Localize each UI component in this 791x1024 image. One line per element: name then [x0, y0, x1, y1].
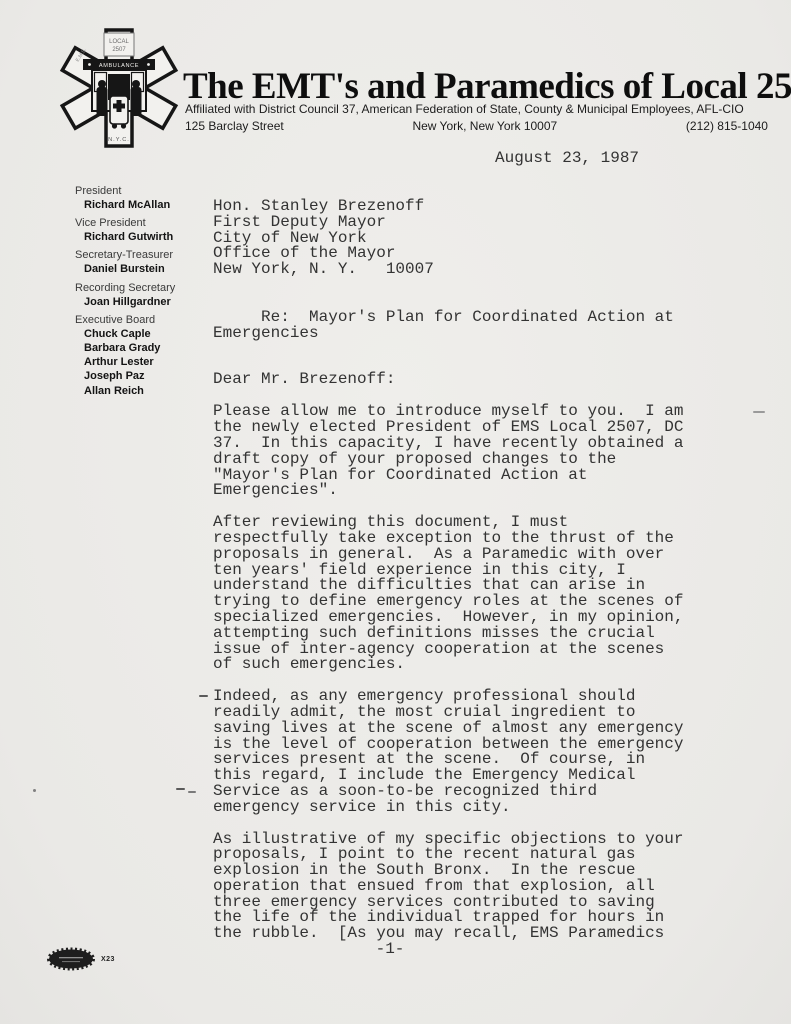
union-bug-icon [46, 946, 98, 972]
page-number: -1- [360, 942, 420, 958]
officer-role: Secretary-Treasurer [75, 248, 215, 262]
letter-date: August 23, 1987 [495, 151, 639, 167]
union-printing-bug: X23 [46, 946, 115, 972]
officer-group-vice-president: Vice President Richard Gutwirth [75, 216, 215, 244]
pencil-dash-service-2 [188, 791, 196, 793]
paragraph-4: As illustrative of my specific objection… [213, 832, 753, 943]
officer-role: President [75, 184, 215, 198]
affiliation-line: Affiliated with District Council 37, Ame… [185, 102, 785, 116]
scanned-letter-page: E.M.S. LOCAL 2507 AMBULANCE N.Y [0, 0, 791, 1024]
recipient-address: Hon. Stanley Brezenoff First Deputy Mayo… [213, 199, 753, 278]
officer-group-secretary-treasurer: Secretary-Treasurer Daniel Burstein [75, 248, 215, 276]
officer-role: Executive Board [75, 313, 215, 327]
logo-nyc-label: N.Y.C. [108, 137, 130, 143]
phone-number: (212) 815-1040 [686, 119, 768, 133]
logo-ambulance-label: AMBULANCE [99, 63, 139, 69]
salutation: Dear Mr. Brezenoff: [213, 372, 753, 388]
officer-group-president: President Richard McAllan [75, 184, 215, 212]
street-address: 125 Barclay Street [185, 119, 284, 133]
officer-names: Richard McAllan [75, 198, 215, 212]
officers-sidebar: President Richard McAllan Vice President… [75, 184, 215, 402]
logo-local-number: 2507 [112, 47, 126, 53]
local-2507-star-of-life-logo: E.M.S. LOCAL 2507 AMBULANCE N.Y [56, 20, 182, 162]
paragraph-1: Please allow me to introduce myself to y… [213, 404, 753, 499]
stretcher [110, 96, 128, 129]
paragraph-2: After reviewing this document, I must re… [213, 515, 753, 673]
officer-names: Joan Hillgardner [75, 295, 215, 309]
pencil-dash-right-margin [753, 411, 765, 413]
officer-role: Recording Secretary [75, 281, 215, 295]
officer-group-executive-board: Executive Board Chuck Caple Barbara Grad… [75, 313, 215, 398]
logo-local-label: LOCAL [109, 39, 129, 45]
letter-body: Hon. Stanley Brezenoff First Deputy Mayo… [213, 199, 753, 958]
officer-names: Chuck Caple Barbara Grady Arthur Lester … [75, 327, 215, 398]
officer-names: Richard Gutwirth [75, 230, 215, 244]
letterhead-address-row: 125 Barclay Street New York, New York 10… [185, 119, 768, 133]
paragraph-3: Indeed, as any emergency professional sh… [213, 689, 753, 815]
union-bug-code: X23 [101, 956, 115, 963]
scan-speck [33, 789, 36, 792]
officer-names: Daniel Burstein [75, 262, 215, 276]
re-subject-line: Re: Mayor's Plan for Coordinated Action … [213, 310, 753, 342]
pencil-dash-indeed [199, 695, 208, 697]
officer-role: Vice President [75, 216, 215, 230]
pencil-dash-service-1 [176, 788, 185, 790]
city-address: New York, New York 10007 [412, 119, 557, 133]
officer-group-recording-secretary: Recording Secretary Joan Hillgardner [75, 281, 215, 309]
